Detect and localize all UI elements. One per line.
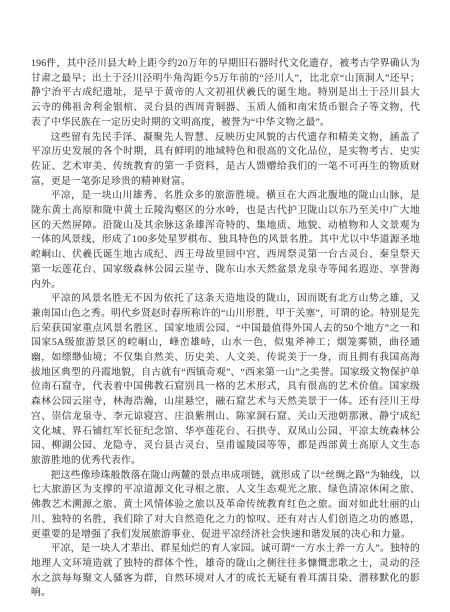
document-body-text: 196件，其中泾川县大岭上距今约20万年的早期旧石器时代文化遗存，被考古学界确认… <box>31 57 420 601</box>
paragraph-1: 196件，其中泾川县大岭上距今约20万年的早期旧石器时代文化遗存，被考古学界确认… <box>31 57 420 131</box>
paragraph-3: 平凉，是一块山川雄秀、名胜众多的旅游胜境。横亘在大西北腹地的陇山山脉，是陇东黄土… <box>31 189 420 292</box>
paragraph-2: 这些留有先民手泽、凝聚先人智慧、反映历史风貌的古代遗存和精美文物，涵盖了平凉历史… <box>31 131 420 190</box>
scanned-document-page: 196件，其中泾川县大岭上距今约20万年的早期旧石器时代文化遗存，被考古学界确认… <box>0 0 450 612</box>
paragraph-5: 把这些像珍珠般散落在陇山两麓的景点串成项链，就形成了以“丝绸之路”为轴线，以七大… <box>31 469 420 543</box>
paragraph-4: 平凉的风景名胜无不因为依托了这条天造地设的陇山，因而既有北方山势之雄，又兼南国山… <box>31 292 420 468</box>
paragraph-6: 平凉，是一块人才辈出、群星灿烂的育人家园。诚可谓“一方水土养一方人”。独特的地理… <box>31 542 420 601</box>
